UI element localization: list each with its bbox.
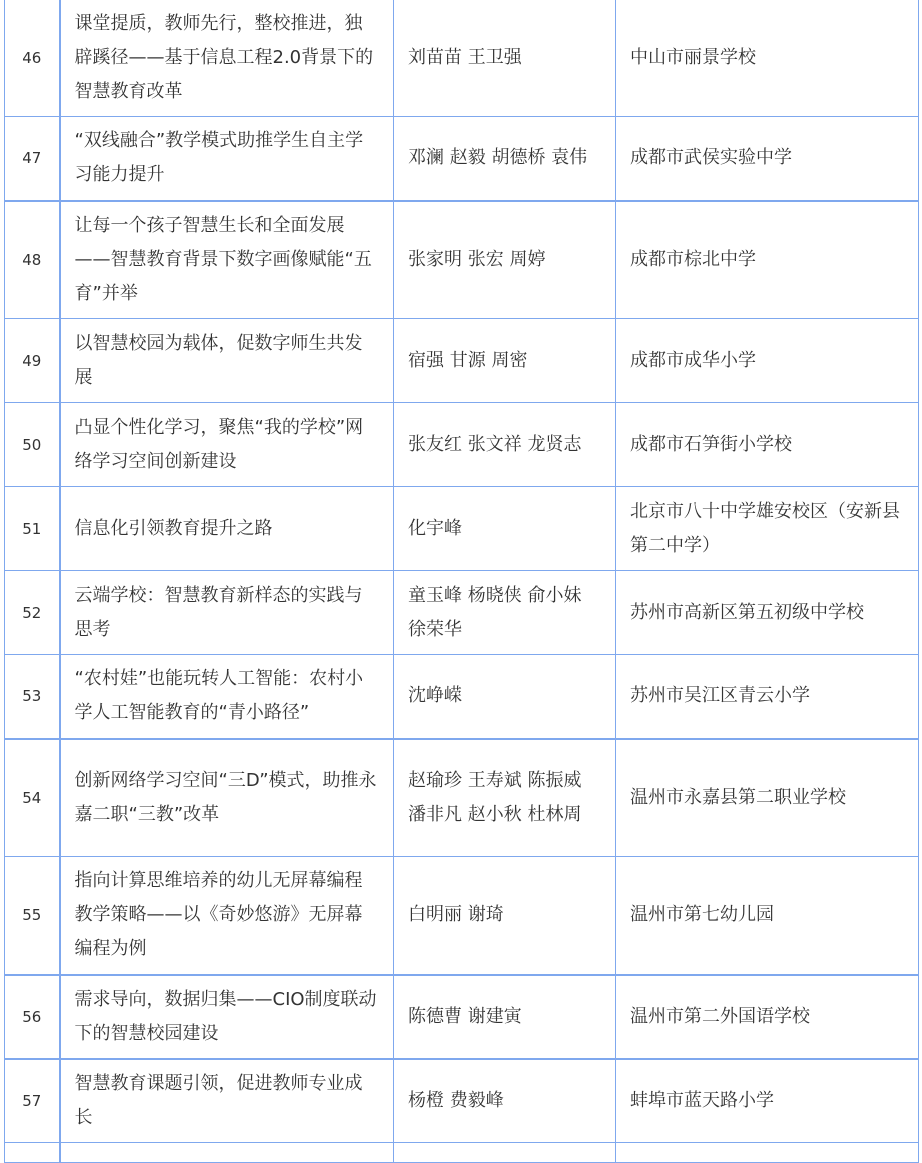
table-row: 46 课堂提质，教师先行，整校推进，独辟蹊径——基于信息工程2.0背景下的智慧教… — [5, 0, 919, 117]
results-table-container: 46 课堂提质，教师先行，整校推进，独辟蹊径——基于信息工程2.0背景下的智慧教… — [4, 0, 918, 1147]
table-row: 52 云端学校：智慧教育新样态的实践与思考 童玉峰 杨晓侠 俞小妹 徐荣华 苏州… — [5, 571, 919, 655]
authors: 化宇峰 — [394, 487, 616, 571]
table-row: 54 创新网络学习空间“三D”模式，助推永嘉二职“三教”改革 赵瑜珍 王寿斌 陈… — [5, 739, 919, 857]
row-number: 49 — [5, 319, 60, 403]
project-title: 指向计算思维培养的幼儿无屏幕编程教学策略——以《奇妙悠游》无屏幕编程为例 — [60, 857, 394, 975]
authors: 张友红 张文祥 龙贤志 — [394, 403, 616, 487]
table-row-partial — [5, 1143, 919, 1148]
project-title: 云端学校：智慧教育新样态的实践与思考 — [60, 571, 394, 655]
authors: 邓澜 赵毅 胡德桥 袁伟 — [394, 117, 616, 201]
row-number: 51 — [5, 487, 60, 571]
project-title: 创新网络学习空间“三D”模式，助推永嘉二职“三教”改革 — [60, 739, 394, 857]
results-table: 46 课堂提质，教师先行，整校推进，独辟蹊径——基于信息工程2.0背景下的智慧教… — [4, 0, 919, 1147]
row-number — [5, 1143, 60, 1148]
table-row: 49 以智慧校园为载体，促数字师生共发展 宿强 甘源 周密 成都市成华小学 — [5, 319, 919, 403]
authors — [394, 1143, 616, 1148]
row-number: 52 — [5, 571, 60, 655]
authors: 沈峥嵘 — [394, 655, 616, 739]
table-row: 48 让每一个孩子智慧生长和全面发展——智慧教育背景下数字画像赋能“五育”并举 … — [5, 201, 919, 319]
row-number: 50 — [5, 403, 60, 487]
project-title: “双线融合”教学模式助推学生自主学习能力提升 — [60, 117, 394, 201]
row-number: 48 — [5, 201, 60, 319]
table-row: 57 智慧教育课题引领，促进教师专业成长 杨橙 费毅峰 蚌埠市蓝天路小学 — [5, 1059, 919, 1143]
authors: 杨橙 费毅峰 — [394, 1059, 616, 1143]
project-title: 智慧教育课题引领，促进教师专业成长 — [60, 1059, 394, 1143]
table-row: 55 指向计算思维培养的幼儿无屏幕编程教学策略——以《奇妙悠游》无屏幕编程为例 … — [5, 857, 919, 975]
school: 温州市永嘉县第二职业学校 — [616, 739, 919, 857]
row-number: 57 — [5, 1059, 60, 1143]
authors: 陈德曹 谢建寅 — [394, 975, 616, 1059]
school: 成都市成华小学 — [616, 319, 919, 403]
school: 北京市八十中学雄安校区（安新县第二中学） — [616, 487, 919, 571]
school: 苏州市高新区第五初级中学校 — [616, 571, 919, 655]
school: 温州市第七幼儿园 — [616, 857, 919, 975]
authors: 宿强 甘源 周密 — [394, 319, 616, 403]
school: 温州市第二外国语学校 — [616, 975, 919, 1059]
authors: 刘苗苗 王卫强 — [394, 0, 616, 117]
project-title: 凸显个性化学习，聚焦“我的学校”网络学习空间创新建设 — [60, 403, 394, 487]
row-number: 55 — [5, 857, 60, 975]
authors: 赵瑜珍 王寿斌 陈振威 潘非凡 赵小秋 杜林周 — [394, 739, 616, 857]
school: 蚌埠市蓝天路小学 — [616, 1059, 919, 1143]
row-number: 54 — [5, 739, 60, 857]
school: 苏州市吴江区青云小学 — [616, 655, 919, 739]
row-number: 46 — [5, 0, 60, 117]
table-row: 56 需求导向，数据归集——CIO制度联动下的智慧校园建设 陈德曹 谢建寅 温州… — [5, 975, 919, 1059]
project-title — [60, 1143, 394, 1148]
table-row: 47 “双线融合”教学模式助推学生自主学习能力提升 邓澜 赵毅 胡德桥 袁伟 成… — [5, 117, 919, 201]
school: 成都市石笋街小学校 — [616, 403, 919, 487]
project-title: 以智慧校园为载体，促数字师生共发展 — [60, 319, 394, 403]
project-title: 需求导向，数据归集——CIO制度联动下的智慧校园建设 — [60, 975, 394, 1059]
project-title: 让每一个孩子智慧生长和全面发展——智慧教育背景下数字画像赋能“五育”并举 — [60, 201, 394, 319]
project-title: “农村娃”也能玩转人工智能：农村小学人工智能教育的“青小路径” — [60, 655, 394, 739]
table-row: 50 凸显个性化学习，聚焦“我的学校”网络学习空间创新建设 张友红 张文祥 龙贤… — [5, 403, 919, 487]
authors: 白明丽 谢琦 — [394, 857, 616, 975]
project-title: 信息化引领教育提升之路 — [60, 487, 394, 571]
row-number: 53 — [5, 655, 60, 739]
table-row: 51 信息化引领教育提升之路 化宇峰 北京市八十中学雄安校区（安新县第二中学） — [5, 487, 919, 571]
project-title: 课堂提质，教师先行，整校推进，独辟蹊径——基于信息工程2.0背景下的智慧教育改革 — [60, 0, 394, 117]
school: 中山市丽景学校 — [616, 0, 919, 117]
row-number: 47 — [5, 117, 60, 201]
school: 成都市武侯实验中学 — [616, 117, 919, 201]
school: 成都市棕北中学 — [616, 201, 919, 319]
table-row: 53 “农村娃”也能玩转人工智能：农村小学人工智能教育的“青小路径” 沈峥嵘 苏… — [5, 655, 919, 739]
row-number: 56 — [5, 975, 60, 1059]
authors: 童玉峰 杨晓侠 俞小妹 徐荣华 — [394, 571, 616, 655]
school — [616, 1143, 919, 1148]
authors: 张家明 张宏 周婷 — [394, 201, 616, 319]
